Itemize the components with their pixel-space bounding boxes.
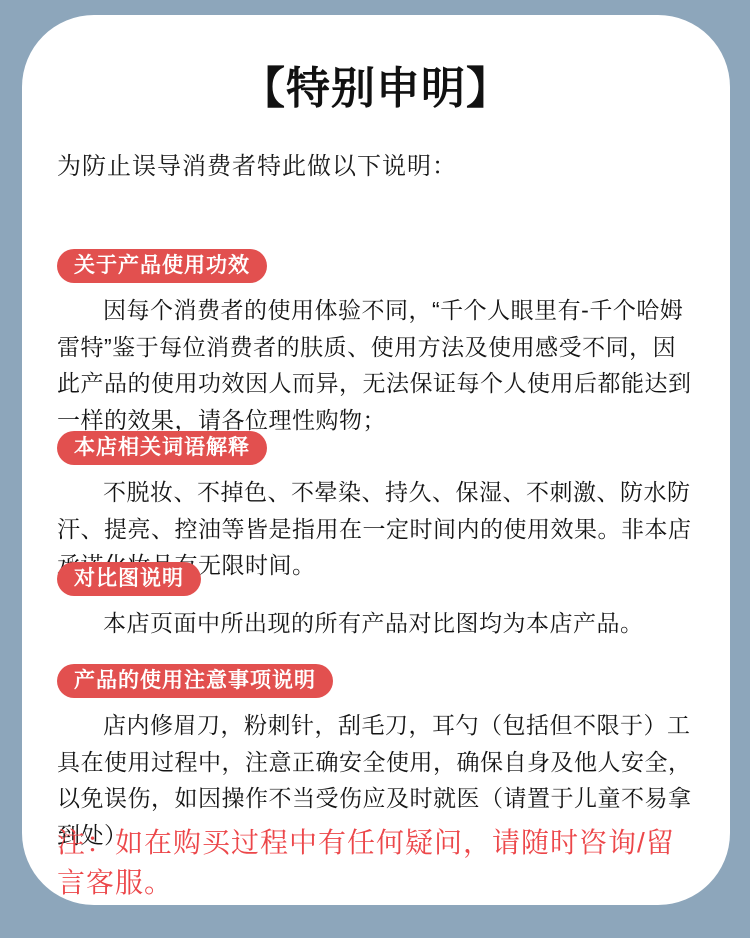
section-badge-usage-precautions: 产品的使用注意事项说明 (57, 664, 333, 698)
section-comparison-images: 对比图说明 本店页面中所出现的所有产品对比图均为本店产品。 (57, 562, 692, 642)
section-product-efficacy: 关于产品使用功效 因每个消费者的使用体验不同，“千个人眼里有-千个哈姆雷特”鉴于… (57, 249, 692, 438)
statement-card: 【特别申明】 为防止误导消费者特此做以下说明： 关于产品使用功效 因每个消费者的… (22, 15, 730, 905)
intro-text: 为防止误导消费者特此做以下说明： (57, 146, 690, 181)
section-body-comparison-images: 本店页面中所出现的所有产品对比图均为本店产品。 (57, 605, 692, 642)
section-badge-product-efficacy: 关于产品使用功效 (57, 249, 267, 283)
section-body-product-efficacy: 因每个消费者的使用体验不同，“千个人眼里有-千个哈姆雷特”鉴于每位消费者的肤质、… (57, 292, 692, 438)
section-term-explanation: 本店相关词语解释 不脱妆、不掉色、不晕染、持久、保湿、不刺激、防水防汗、提亮、控… (57, 431, 692, 584)
page-title: 【特别申明】 (22, 52, 730, 116)
customer-service-note: 注：如在购买过程中有任何疑问，请随时咨询/留言客服。 (57, 821, 700, 901)
section-badge-term-explanation: 本店相关词语解释 (57, 431, 267, 465)
section-badge-comparison-images: 对比图说明 (57, 562, 201, 596)
